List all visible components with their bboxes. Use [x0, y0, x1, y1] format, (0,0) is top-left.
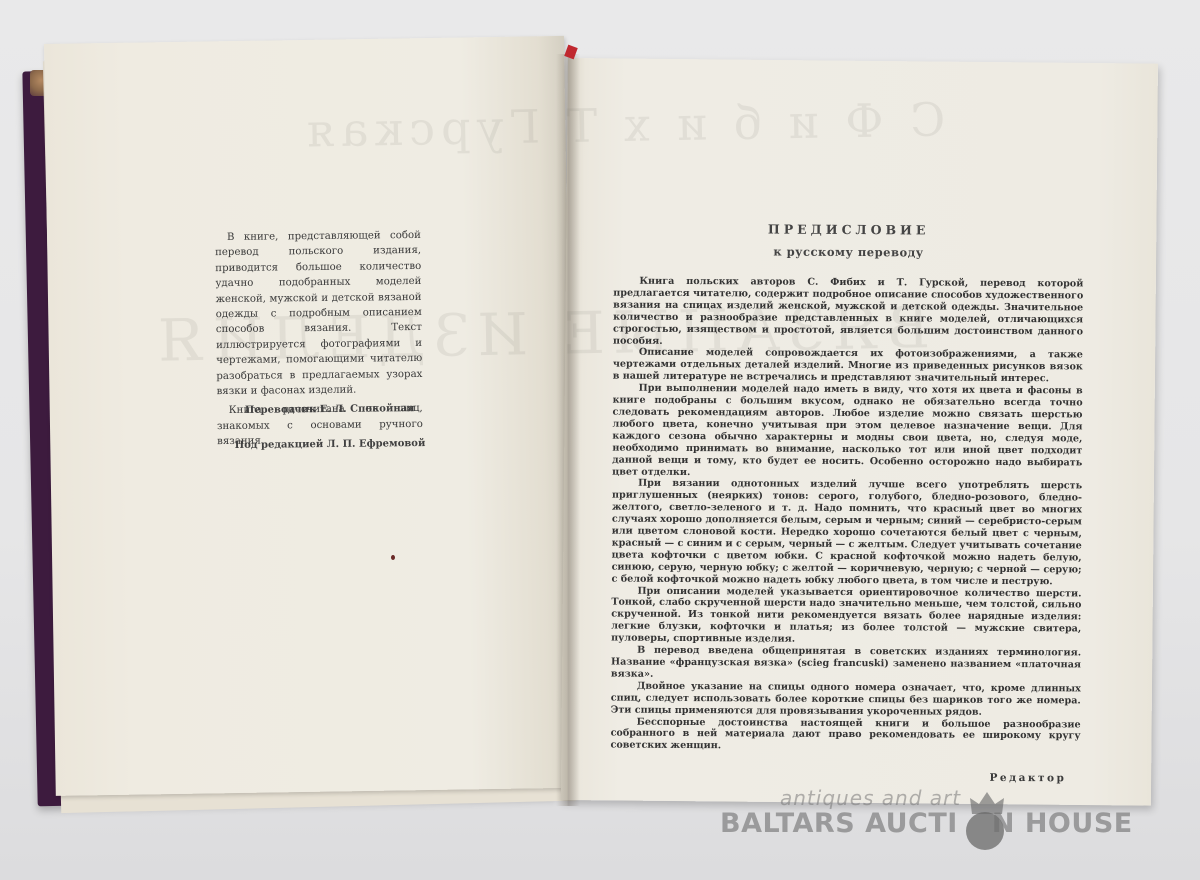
preface-paragraph: В перевод введена общепринятая в советск… [611, 645, 1081, 684]
annotation-paragraph: В книге, представляющей собой перевод по… [215, 228, 423, 400]
preface-paragraph: При выполнении моделей надо иметь в виду… [612, 383, 1083, 481]
preface-title: ПРЕДИСЛОВИЕ [614, 221, 1084, 239]
preface-paragraph: Бесспорные достоинства настоящей книги и… [610, 716, 1080, 755]
watermark-name-part2: N HOUSE [992, 808, 1133, 839]
preface-subtitle: к русскому переводу [613, 244, 1083, 261]
watermark-tagline: antiques and art [780, 786, 961, 810]
auction-watermark: antiques and art BALTARS AUCTIN HOUSE [720, 780, 1140, 850]
watermark-name-part1: BALTARS AUCTI [720, 808, 958, 839]
watermark-name: BALTARS AUCTIN HOUSE [720, 808, 1133, 839]
editor-credit: Под редакцией Л. П. Ефремовой [220, 438, 440, 451]
preface-paragraph: При описании моделей указывается ориенти… [611, 585, 1081, 647]
preface-paragraph: При вязании однотонных изделий лучше все… [611, 478, 1082, 588]
preface-paragraph: Двойное указание на спицы одного номера … [611, 680, 1081, 719]
credits: Переводчик Е. Л. Спокойная Под редакцией… [220, 403, 441, 475]
preface-paragraph: Книга польских авторов С. Фибих и Т. Гур… [613, 276, 1083, 350]
book-gutter [556, 54, 580, 806]
ink-spot [391, 555, 395, 560]
translator-credit: Переводчик Е. Л. Спокойная [220, 403, 440, 416]
preface-body: Книга польских авторов С. Фибих и Т. Гур… [610, 276, 1083, 755]
preface: ПРЕДИСЛОВИЕ к русскому переводу Книга по… [610, 221, 1083, 785]
preface-paragraph: Описание моделей сопровождается их фотои… [613, 347, 1083, 386]
